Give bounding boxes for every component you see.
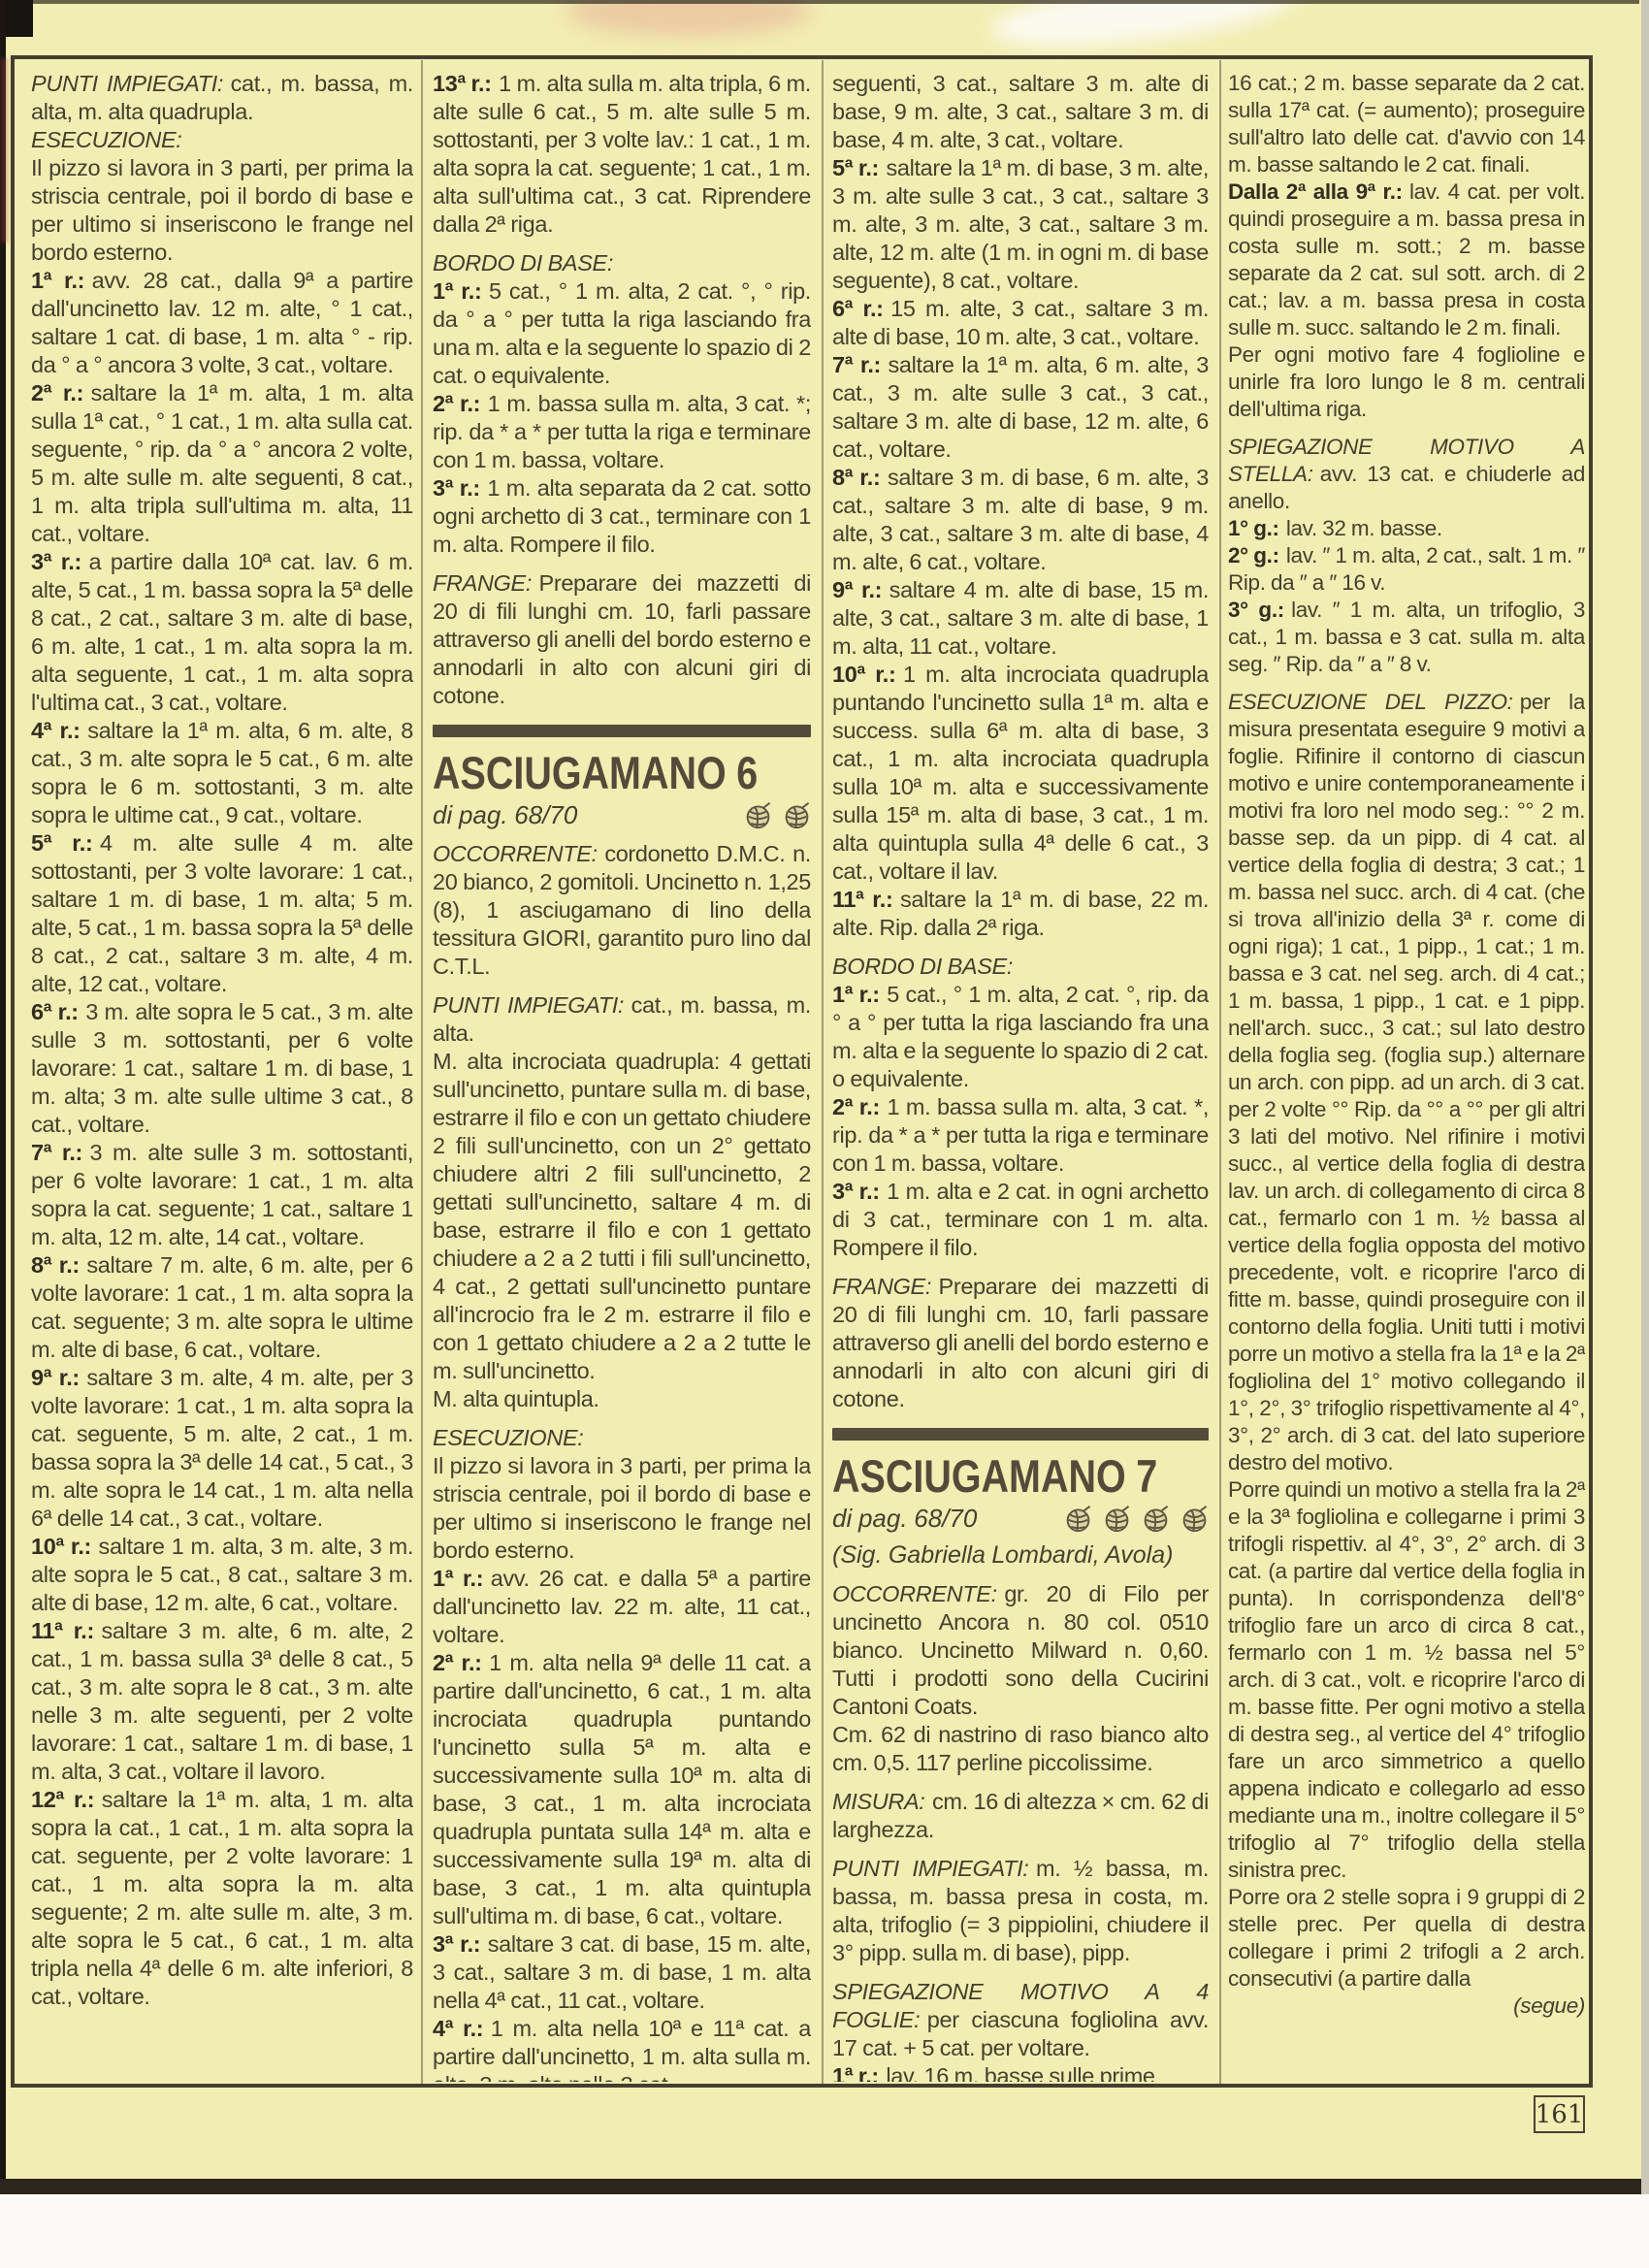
paragraph: 3ª r.:a partire dalla 10ª cat. lav. 6 m.…	[31, 548, 413, 717]
page-right-edge	[1641, 0, 1649, 2194]
row-label: 2ª r.:	[31, 380, 91, 405]
row-label: 11ª r.:	[31, 1618, 101, 1643]
section-heading: BORDO DI BASE:	[832, 954, 1020, 979]
paragraph: 5ª r.:saltare la 1ª m. di base, 3 m. alt…	[832, 154, 1209, 295]
paragraph-text: seguenti, 3 cat., saltare 3 m. alte di b…	[832, 71, 1209, 152]
paragraph-text: lav. 32 m. basse.	[1286, 516, 1442, 540]
paragraph: 11ª r.:saltare 3 m. alte, 6 m. alte, 2 c…	[31, 1617, 413, 1786]
yarn-ball-icon	[783, 801, 811, 829]
paragraph-text: 1 m. bassa sulla m. alta, 3 cat. *, rip.…	[832, 1094, 1209, 1176]
paragraph: 1° g.:lav. 32 m. basse.	[1228, 515, 1585, 542]
paragraph-text: Porre ora 2 stelle sopra i 9 gruppi di 2…	[1228, 1885, 1585, 1991]
row-label: 12ª r.:	[31, 1787, 102, 1812]
paragraph: 16 cat.; 2 m. basse separate da 2 cat. s…	[1228, 70, 1585, 178]
scanned-magazine-page: { "page": { "number": "161", "continuati…	[0, 0, 1649, 2268]
paragraph: 12ª r.:saltare la 1ª m. alta, 1 m. alta …	[31, 1786, 413, 2011]
paragraph-text: 1 m. alta nella 9ª delle 11 cat. a parti…	[433, 1650, 811, 1928]
paragraph: 2° g.:lav. ″ 1 m. alta, 2 cat., salt. 1 …	[1228, 542, 1585, 597]
paragraph: PUNTI IMPIEGATI:m. ½ bassa, m. bassa, m.…	[832, 1855, 1209, 1967]
section-heading: BORDO DI BASE:	[433, 250, 621, 275]
paragraph: Il pizzo si lavora in 3 parti, per prima…	[433, 1452, 811, 1565]
paragraph: 1ª r.:avv. 26 cat. e dalla 5ª a partire …	[433, 1565, 811, 1649]
page-number-value: 161	[1536, 2100, 1584, 2129]
paragraph: 3ª r.:1 m. alta separata da 2 cat. sotto…	[433, 474, 811, 559]
paragraph-text: Il pizzo si lavora in 3 parti, per prima…	[433, 1453, 811, 1563]
paragraph: SPIEGAZIONE MOTIVO A STELLA:avv. 13 cat.…	[1228, 434, 1585, 515]
paragraph-text: saltare la 1ª m. di base, 3 m. alte, 3 m…	[832, 155, 1209, 293]
paragraph: seguenti, 3 cat., saltare 3 m. alte di b…	[832, 70, 1209, 154]
page-top-edge	[0, 0, 1639, 4]
paragraph-text: 5 cat., ° 1 m. alta, 2 cat. °, rip. da °…	[832, 982, 1209, 1091]
paragraph: BORDO DI BASE:	[832, 953, 1209, 981]
section-subtitle: di pag. 68/70	[433, 801, 577, 829]
paragraph: 6ª r.:15 m. alte, 3 cat., saltare 3 m. a…	[832, 295, 1209, 351]
paragraph: 8ª r.:saltare 7 m. alte, 6 m. alte, per …	[31, 1251, 413, 1364]
paragraph-text: Il pizzo si lavora in 3 parti, per prima…	[31, 155, 413, 265]
paragraph: 1ª r.:5 cat., ° 1 m. alta, 2 cat. °, ° r…	[433, 277, 811, 390]
paragraph: 8ª r.:saltare 3 m. di base, 6 m. alte, 3…	[832, 464, 1209, 576]
paragraph: 11ª r.:saltare la 1ª m. di base, 22 m. a…	[832, 886, 1209, 942]
row-label: 8ª r.:	[832, 465, 888, 490]
row-label: 6ª r.:	[832, 296, 890, 321]
section-title: ASCIUGAMANO 6	[433, 751, 758, 795]
paragraph: 9ª r.:saltare 3 m. alte, 4 m. alte, per …	[31, 1364, 413, 1533]
row-label: 3ª r.:	[433, 475, 487, 501]
column-divider	[1219, 60, 1221, 2084]
paragraph: Porre ora 2 stelle sopra i 9 gruppi di 2…	[1228, 1884, 1585, 1993]
paragraph: M. alta quintupla.	[433, 1385, 811, 1413]
paragraph: Porre quindi un motivo a stella fra la 2…	[1228, 1476, 1585, 1884]
paragraph: OCCORRENTE:gr. 20 di Filo per uncinetto …	[832, 1580, 1209, 1721]
paragraph: M. alta incrociata quadrupla: 4 gettati …	[433, 1048, 811, 1385]
paragraph: BORDO DI BASE:	[433, 249, 811, 277]
difficulty-rating	[744, 801, 811, 829]
paragraph: OCCORRENTE:cordonetto D.M.C. n. 20 bianc…	[433, 840, 811, 981]
paragraph-text: a partire dalla 10ª cat. lav. 6 m. alte,…	[31, 549, 413, 715]
paragraph-text: Cm. 62 di nastrino di raso bianco alto c…	[832, 1722, 1209, 1775]
section-divider-bar	[433, 725, 811, 737]
paragraph-text: lav. 16 m. basse sulle prime	[886, 2063, 1154, 2082]
paragraph: 1ª r.:5 cat., ° 1 m. alta, 2 cat. °, rip…	[832, 981, 1209, 1093]
paragraph: SPIEGAZIONE MOTIVO A 4 FOGLIE:per ciascu…	[832, 1978, 1209, 2062]
row-label: 2ª r.:	[832, 1094, 887, 1119]
row-label: 7ª r.:	[832, 352, 889, 377]
row-label: 8ª r.:	[31, 1252, 86, 1278]
paragraph-text: 5 cat., ° 1 m. alta, 2 cat. °, ° rip. da…	[433, 278, 811, 388]
paragraph: 2ª r.:1 m. bassa sulla m. alta, 3 cat. *…	[433, 390, 811, 474]
paragraph: 1ª r.:lav. 16 m. basse sulle prime	[832, 2062, 1209, 2082]
page-number: 161	[1534, 2095, 1585, 2133]
paragraph: PUNTI IMPIEGATI:cat., m. bassa, m. alta,…	[31, 70, 413, 126]
yarn-ball-icon	[1103, 1505, 1131, 1533]
paragraph: 13ª r.:1 m. alta sulla m. alta tripla, 6…	[433, 70, 811, 239]
row-label: 5ª r.:	[31, 830, 100, 856]
paragraph: 10ª r.:1 m. alta incrociata quadrupla pu…	[832, 661, 1209, 886]
paragraph: (segue)	[1228, 1993, 1585, 2020]
paragraph: 10ª r.:saltare 1 m. alta, 3 m. alte, 3 m…	[31, 1533, 413, 1617]
paragraph-text: 1 m. alta e 2 cat. in ogni archetto di 3…	[832, 1179, 1209, 1260]
paragraph: 4ª r.:1 m. alta nella 10ª e 11ª cat. a p…	[433, 2015, 811, 2082]
paragraph: 7ª r.:3 m. alte sulle 3 m. sottostanti, …	[31, 1139, 413, 1251]
paragraph-text: 1 m. alta incrociata quadrupla puntando …	[832, 662, 1209, 884]
section-heading: OCCORRENTE:	[433, 841, 604, 866]
paragraph-text: saltare 4 m. alte di base, 15 m. alte, 3…	[832, 577, 1209, 659]
column-divider	[822, 60, 824, 2084]
paragraph-text: (segue)	[1513, 1993, 1585, 2018]
column-3: seguenti, 3 cat., saltare 3 m. alte di b…	[832, 70, 1209, 2082]
paragraph: 2ª r.:saltare la 1ª m. alta, 1 m. alta s…	[31, 379, 413, 548]
section-heading: PUNTI IMPIEGATI:	[433, 992, 631, 1018]
row-label: 7ª r.:	[31, 1140, 90, 1165]
row-label: 13ª r.:	[433, 71, 499, 96]
section-divider-bar	[832, 1428, 1209, 1441]
paragraph-text: M. alta quintupla.	[433, 1386, 599, 1411]
designer-byline: (Sig. Gabriella Lombardi, Avola)	[832, 1541, 1209, 1570]
row-label: 1ª r.:	[433, 278, 489, 304]
page-bottom-edge	[0, 2179, 1641, 2194]
section-title: ASCIUGAMANO 7	[832, 1454, 1157, 1499]
row-label: 1ª r.:	[832, 982, 887, 1007]
section-heading: ESECUZIONE:	[433, 1425, 591, 1450]
column-1: PUNTI IMPIEGATI:cat., m. bassa, m. alta,…	[31, 70, 413, 2082]
paragraph: Per ogni motivo fare 4 foglioline e unir…	[1228, 341, 1585, 423]
paragraph: 3ª r.:1 m. alta e 2 cat. in ogni archett…	[832, 1178, 1209, 1262]
row-label: 6ª r.:	[31, 999, 85, 1024]
column-3-top: seguenti, 3 cat., saltare 3 m. alte di b…	[832, 70, 1209, 1413]
row-label: 3ª r.:	[31, 549, 88, 574]
row-label: 3° g.:	[1228, 598, 1291, 622]
section-heading: ESECUZIONE DEL PIZZO:	[1228, 690, 1520, 714]
yarn-ball-icon	[1142, 1505, 1170, 1533]
scan-smudge-left	[1, 58, 8, 243]
row-label: 11ª r.:	[832, 887, 900, 912]
section-heading: MISURA:	[832, 1789, 932, 1814]
yarn-ball-icon	[744, 801, 772, 829]
paragraph-text: saltare 7 m. alte, 6 m. alte, per 6 volt…	[31, 1252, 413, 1362]
paragraph: FRANGE:Preparare dei mazzetti di 20 di f…	[832, 1273, 1209, 1413]
column-3-rest: OCCORRENTE:gr. 20 di Filo per uncinetto …	[832, 1580, 1209, 2082]
row-label: Dalla 2ª alla 9ª r.:	[1228, 179, 1409, 204]
yarn-ball-icon	[1064, 1505, 1092, 1533]
row-label: 1° g.:	[1228, 516, 1286, 540]
row-label: 2ª r.:	[433, 391, 488, 416]
paragraph: 7ª r.:saltare la 1ª m. alta, 6 m. alte, …	[832, 351, 1209, 464]
paragraph: MISURA:cm. 16 di altezza × cm. 62 di lar…	[832, 1788, 1209, 1844]
row-label: 2° g.:	[1228, 543, 1286, 567]
column-4: 16 cat.; 2 m. basse separate da 2 cat. s…	[1228, 70, 1585, 2082]
page-left-edge	[0, 0, 6, 2194]
section-heading: PUNTI IMPIEGATI:	[31, 71, 231, 96]
paragraph: ESECUZIONE DEL PIZZO:per la misura prese…	[1228, 689, 1585, 1476]
row-label: 10ª r.:	[31, 1534, 99, 1559]
column-2: 13ª r.:1 m. alta sulla m. alta tripla, 6…	[433, 70, 811, 2082]
column-2-rest: OCCORRENTE:cordonetto D.M.C. n. 20 bianc…	[433, 840, 811, 2082]
yarn-ball-icon	[1180, 1505, 1209, 1533]
section-heading: FRANGE:	[832, 1274, 939, 1299]
paragraph-text: saltare 3 m. alte, 4 m. alte, per 3 volt…	[31, 1365, 413, 1531]
paragraph: 4ª r.:saltare la 1ª m. alta, 6 m. alte, …	[31, 717, 413, 829]
paragraph-text: 1 m. alta separata da 2 cat. sotto ogni …	[433, 475, 811, 557]
paragraph: ESECUZIONE:	[31, 126, 413, 154]
paragraph: 3ª r.:saltare 3 cat. di base, 15 m. alte…	[433, 1930, 811, 2015]
paragraph: 3° g.:lav. ″ 1 m. alta, un trifoglio, 3 …	[1228, 597, 1585, 678]
column-2-top: 13ª r.:1 m. alta sulla m. alta tripla, 6…	[433, 70, 811, 710]
paragraph-text: Per ogni motivo fare 4 foglioline e unir…	[1228, 342, 1585, 421]
row-label: 9ª r.:	[31, 1365, 86, 1390]
difficulty-rating	[1064, 1505, 1209, 1533]
row-label: 5ª r.:	[832, 155, 887, 180]
paragraph: 2ª r.:1 m. bassa sulla m. alta, 3 cat. *…	[832, 1093, 1209, 1178]
section-subtitle: di pag. 68/70	[832, 1505, 977, 1533]
paragraph-text: M. alta incrociata quadrupla: 4 gettati …	[433, 1049, 811, 1383]
row-label: 3ª r.:	[832, 1179, 887, 1204]
paragraph-text: saltare la 1ª m. alta, 6 m. alte, 3 cat.…	[832, 352, 1209, 462]
paragraph: FRANGE:Preparare dei mazzetti di 20 di f…	[433, 569, 811, 710]
row-label: 1ª r.:	[433, 1566, 491, 1591]
scanner-background	[0, 2194, 1649, 2268]
paragraph-text: Porre quindi un motivo a stella fra la 2…	[1228, 1477, 1585, 1882]
row-label: 1ª r.:	[832, 2063, 886, 2082]
column-divider	[421, 60, 423, 2084]
paragraph: Dalla 2ª alla 9ª r.:lav. 4 cat. per volt…	[1228, 178, 1585, 341]
paragraph: 2ª r.:1 m. alta nella 9ª delle 11 cat. a…	[433, 1649, 811, 1930]
paragraph-text: saltare la 1ª m. alta, 6 m. alte, 8 cat.…	[31, 718, 413, 827]
row-label: 9ª r.:	[832, 577, 889, 602]
paragraph: PUNTI IMPIEGATI:cat., m. bassa, m. alta.	[433, 991, 811, 1048]
row-label: 1ª r.:	[31, 268, 92, 293]
paragraph-text: saltare 3 cat. di base, 15 m. alte, 3 ca…	[433, 1931, 811, 2013]
paragraph: Cm. 62 di nastrino di raso bianco alto c…	[832, 1721, 1209, 1777]
row-label: 4ª r.:	[31, 718, 87, 743]
section-header-towel7: ASCIUGAMANO 7 di pag. 68/70 (Sig. Gabrie…	[832, 1441, 1209, 1570]
paragraph-text: saltare la 1ª m. alta, 1 m. alta sopra l…	[31, 1787, 413, 2009]
section-header-towel6: ASCIUGAMANO 6 di pag. 68/70	[433, 737, 811, 829]
paragraph: Il pizzo si lavora in 3 parti, per prima…	[31, 154, 413, 267]
paragraph: 5ª r.:4 m. alte sulle 4 m. alte sottosta…	[31, 829, 413, 998]
paragraph-text: saltare 3 m. di base, 6 m. alte, 3 cat.,…	[832, 465, 1209, 574]
paragraph: 1ª r.:avv. 28 cat., dalla 9ª a partire d…	[31, 267, 413, 379]
row-label: 3ª r.:	[433, 1931, 488, 1957]
paragraph-text: per la misura presentata eseguire 9 moti…	[1228, 690, 1585, 1474]
row-label: 4ª r.:	[433, 2016, 491, 2041]
paragraph: 9ª r.:saltare 4 m. alte di base, 15 m. a…	[832, 576, 1209, 661]
section-heading: FRANGE:	[433, 570, 539, 596]
paragraph-text: 3 m. alte sopra le 5 cat., 3 m. alte sul…	[31, 999, 413, 1137]
section-heading: ESECUZIONE:	[31, 127, 189, 152]
paragraph-text: 1 m. bassa sulla m. alta, 3 cat. *; rip.…	[433, 391, 811, 472]
paragraph: ESECUZIONE:	[433, 1424, 811, 1452]
row-label: 2ª r.:	[433, 1650, 489, 1675]
paragraph: 6ª r.:3 m. alte sopra le 5 cat., 3 m. al…	[31, 998, 413, 1139]
paragraph-text: 16 cat.; 2 m. basse separate da 2 cat. s…	[1228, 71, 1585, 177]
section-heading: PUNTI IMPIEGATI:	[832, 1856, 1036, 1881]
row-label: 10ª r.:	[832, 662, 903, 687]
section-heading: OCCORRENTE:	[832, 1581, 1004, 1606]
